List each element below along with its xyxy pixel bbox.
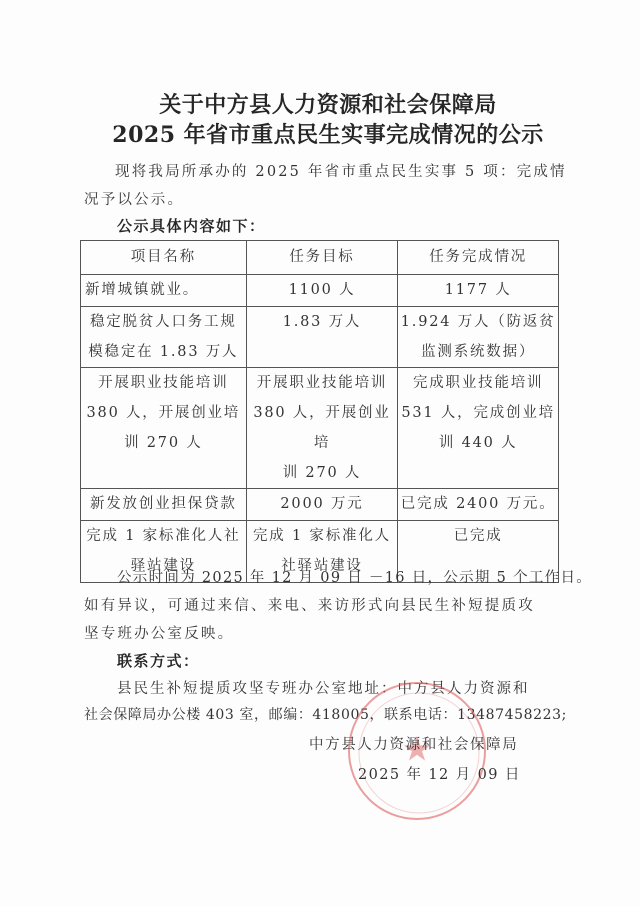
cell-project-name: 新增城镇就业。 [81, 275, 247, 307]
notice-line-2: 如有异议，可通过来信、来电、来访形式向县民生补短提质攻 [84, 594, 535, 615]
cell-text: 已完成 2400 万元。 [400, 489, 556, 519]
cell-task-target: 1.83 万人 [246, 307, 398, 368]
cell-text: 训 270 人 [83, 428, 244, 458]
contact-label: 联系方式： [117, 650, 200, 671]
projects-table: 项目名称 任务目标 任务完成情况 新增城镇就业。 1100 人 1177 人 稳… [80, 240, 559, 583]
cell-text: 训 440 人 [400, 428, 556, 458]
intro-line-2: 况予以公示。 [84, 188, 184, 209]
signature-organization: 中方县人力资源和社会保障局 [309, 733, 518, 754]
cell-text: 1.83 万人 [249, 307, 396, 337]
contact-line-2: 社会保障局办公楼 403 室，邮编：418005，联系电话：1348745822… [84, 704, 567, 724]
signature-date: 2025 年 12 月 09 日 [358, 763, 521, 784]
intro-line-1: 现将我局所承办的 2025 年省市重点民生实事 5 项：完成情 [115, 160, 567, 181]
cell-text: 531 人，完成创业培 [400, 398, 556, 428]
cell-task-result: 1177 人 [398, 275, 559, 307]
document-title-line-2: 2025 年省市重点民生实事完成情况的公示 [8, 118, 640, 149]
table-row: 新发放创业担保贷款 2000 万元 已完成 2400 万元。 [81, 489, 559, 521]
cell-task-result: 已完成 2400 万元。 [398, 489, 559, 521]
header-task-target: 任务目标 [246, 241, 398, 275]
cell-task-target: 开展职业技能培训 380 人，开展创业培 训 270 人 [246, 368, 398, 489]
table-row: 新增城镇就业。 1100 人 1177 人 [81, 275, 559, 307]
cell-text: 1100 人 [249, 275, 396, 305]
cell-text: 模稳定在 1.83 万人 [83, 337, 244, 367]
header-task-result: 任务完成情况 [398, 241, 559, 275]
cell-text: 完成 1 家标准化人社 [83, 521, 244, 551]
cell-text: 380 人，开展创业培 [249, 398, 396, 458]
content-label: 公示具体内容如下： [117, 215, 266, 236]
cell-text: 稳定脱贫人口务工规 [83, 307, 244, 337]
cell-text: 1177 人 [400, 275, 556, 305]
cell-text: 监测系统数据） [400, 337, 556, 367]
notice-line-3: 坚专班办公室反映。 [84, 622, 234, 643]
cell-text: 开展职业技能培训 [83, 368, 244, 398]
table-header-row: 项目名称 任务目标 任务完成情况 [81, 241, 559, 275]
cell-project-name: 开展职业技能培训 380 人，开展创业培 训 270 人 [81, 368, 247, 489]
cell-text: 1.924 万人（防返贫 [400, 307, 556, 337]
header-project-name: 项目名称 [81, 241, 247, 275]
cell-text: 已完成 [400, 521, 556, 551]
cell-text: 2000 万元 [249, 489, 396, 519]
cell-project-name: 新发放创业担保贷款 [81, 489, 247, 521]
table-row: 开展职业技能培训 380 人，开展创业培 训 270 人 开展职业技能培训 38… [81, 368, 559, 489]
cell-text: 完成 1 家标准化人 [249, 521, 396, 551]
table-row: 稳定脱贫人口务工规 模稳定在 1.83 万人 1.83 万人 1.924 万人（… [81, 307, 559, 368]
document-page: 关于中方县人力资源和社会保障局 2025 年省市重点民生实事完成情况的公示 现将… [0, 0, 640, 906]
cell-task-target: 1100 人 [246, 275, 398, 307]
cell-text: 完成职业技能培训 [400, 368, 556, 398]
document-title-line-1: 关于中方县人力资源和社会保障局 [8, 88, 640, 119]
cell-project-name: 稳定脱贫人口务工规 模稳定在 1.83 万人 [81, 307, 247, 368]
notice-line-1: 公示时间为 2025 年 12 月 09 日 －16 日，公示期 5 个工作日。 [117, 566, 592, 587]
cell-text: 新发放创业担保贷款 [83, 489, 244, 519]
cell-text: 380 人，开展创业培 [83, 398, 244, 428]
cell-task-result: 1.924 万人（防返贫 监测系统数据） [398, 307, 559, 368]
cell-task-target: 2000 万元 [246, 489, 398, 521]
cell-task-result: 完成职业技能培训 531 人，完成创业培 训 440 人 [398, 368, 559, 489]
cell-text: 开展职业技能培训 [249, 368, 396, 398]
cell-text: 新增城镇就业。 [85, 275, 244, 305]
cell-text: 训 270 人 [249, 458, 396, 488]
contact-line-1: 县民生补短提质攻坚专班办公室地址：中方县人力资源和 [117, 677, 530, 698]
